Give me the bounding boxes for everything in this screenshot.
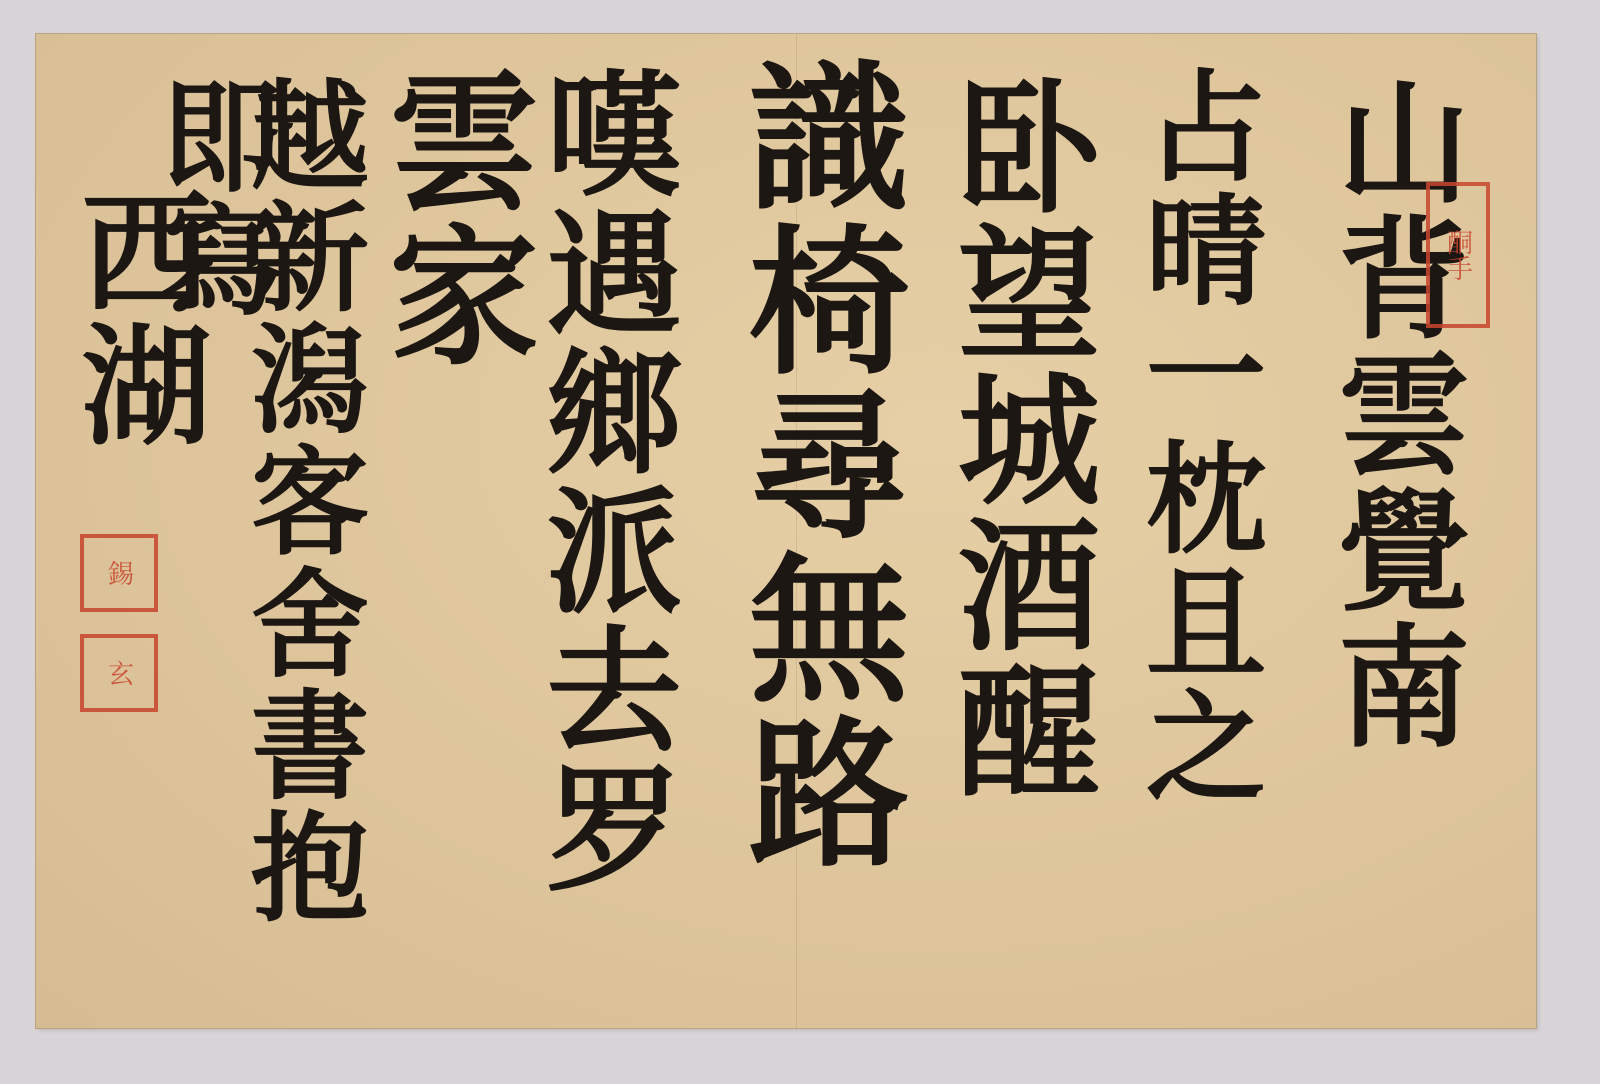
calligraphy-column: 卧望城酒醒 — [946, 74, 1088, 804]
calligraphy-column: 占晴一枕且之 — [1136, 64, 1256, 808]
calligraphy-column: 嘆遇鄉派去罗 — [536, 64, 671, 898]
red-seal-stamp: 酮手 — [1426, 182, 1490, 328]
red-seal-stamp: 錫 — [80, 534, 158, 612]
calligraphy-column: 識椅尋無路 — [736, 54, 896, 874]
calligraphy-paper: 山背雲覺南占晴一枕且之卧望城酒醒識椅尋無路嘆遇鄉派去罗雲家越新潟客舍書抱即寫西湖… — [36, 34, 1536, 1028]
red-seal-stamp: 玄 — [80, 634, 158, 712]
calligraphy-column: 西湖 — [71, 184, 201, 452]
calligraphy-column: 雲家 — [376, 64, 526, 372]
calligraphy-column: 山背雲覺南 — [1326, 74, 1458, 754]
